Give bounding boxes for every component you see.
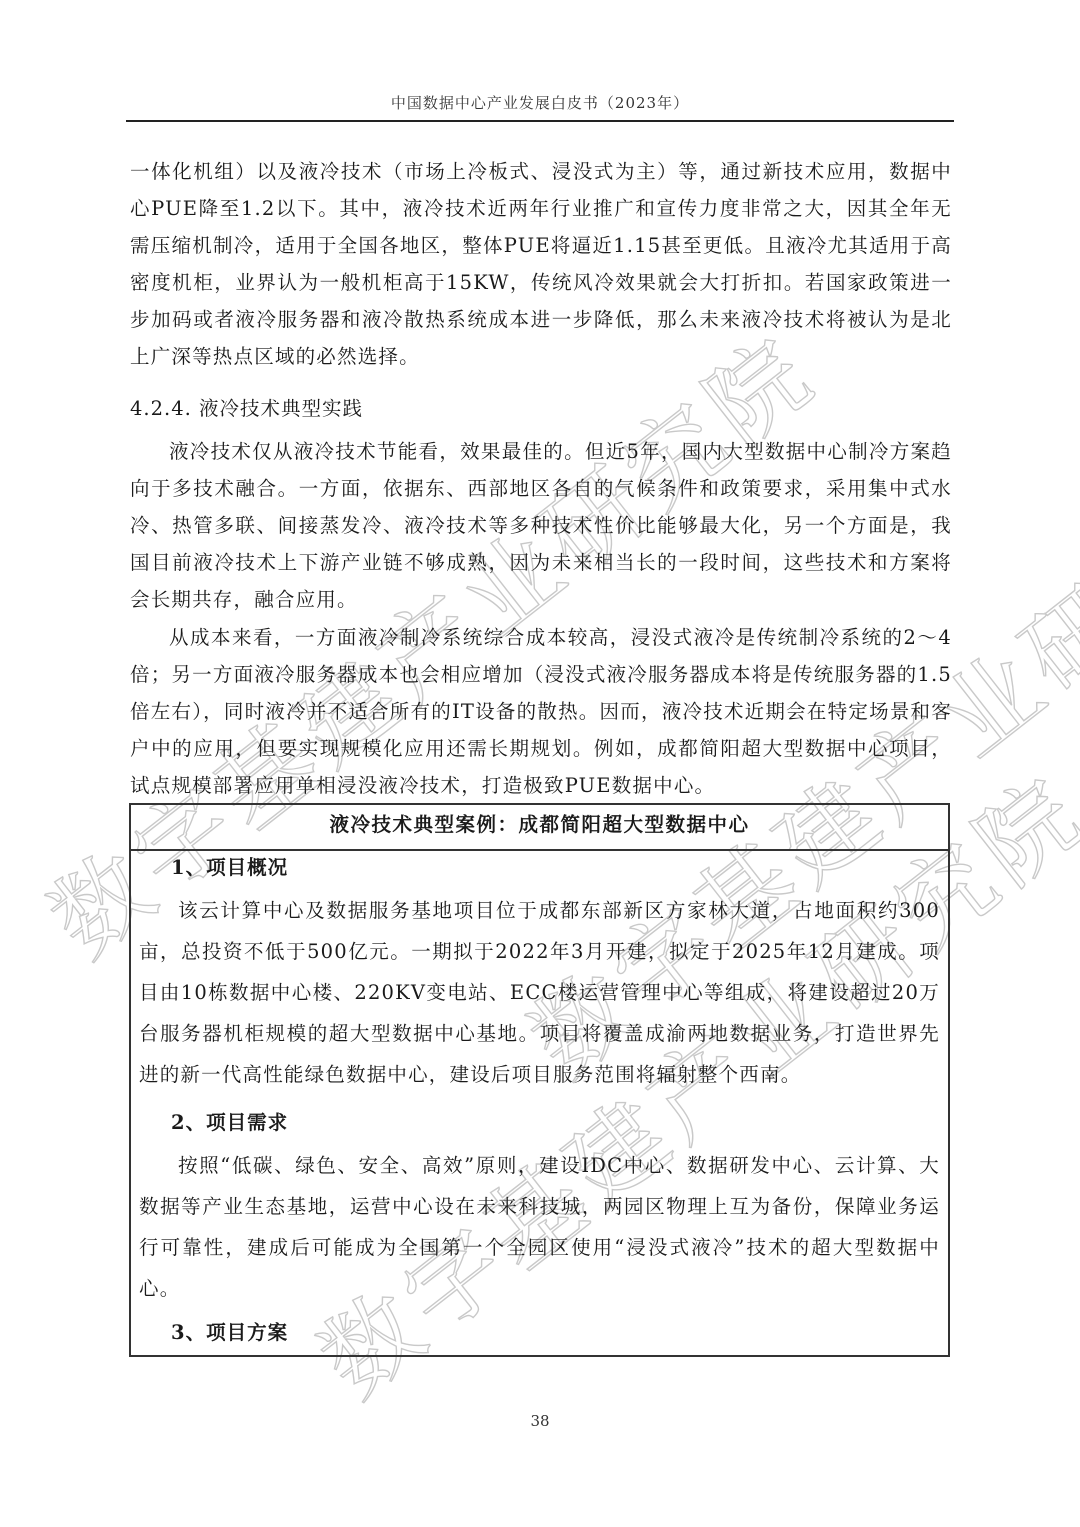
page-number: 38	[0, 1412, 1080, 1430]
running-header: 中国数据中心产业发展白皮书（2023年）	[0, 92, 1080, 113]
case-section-heading: 3、项目方案	[171, 1317, 288, 1345]
paragraph: 液冷技术仅从液冷技术节能看，效果最佳的。但近5年，国内大型数据中心制冷方案趋向于…	[130, 433, 952, 618]
paragraph-continued: 一体化机组）以及液冷技术（市场上冷板式、浸没式为主）等，通过新技术应用，数据中心…	[130, 153, 952, 375]
case-section-heading: 1、项目概况	[171, 852, 288, 880]
case-section-text: 按照“低碳、绿色、安全、高效”原则，建设IDC中心、数据研发中心、云计算、大数据…	[139, 1145, 940, 1309]
case-section-heading: 2、项目需求	[171, 1107, 288, 1135]
document-page: 数字基建产业研究院 数字基建产业研究院 数字基建产业研究院 中国数据中心产业发展…	[0, 0, 1080, 1527]
case-study-title: 液冷技术典型案例：成都简阳超大型数据中心	[131, 805, 948, 851]
paragraph: 从成本来看，一方面液冷制冷系统综合成本较高，浸没式液冷是传统制冷系统的2～4倍；…	[130, 619, 952, 804]
case-section-text: 该云计算中心及数据服务基地项目位于成都东部新区方家林大道，占地面积约300亩，总…	[139, 890, 940, 1095]
section-heading: 4.2.4. 液冷技术典型实践	[130, 393, 363, 421]
header-rule	[126, 120, 954, 122]
case-study-box: 液冷技术典型案例：成都简阳超大型数据中心 1、项目概况 该云计算中心及数据服务基…	[129, 803, 950, 1357]
